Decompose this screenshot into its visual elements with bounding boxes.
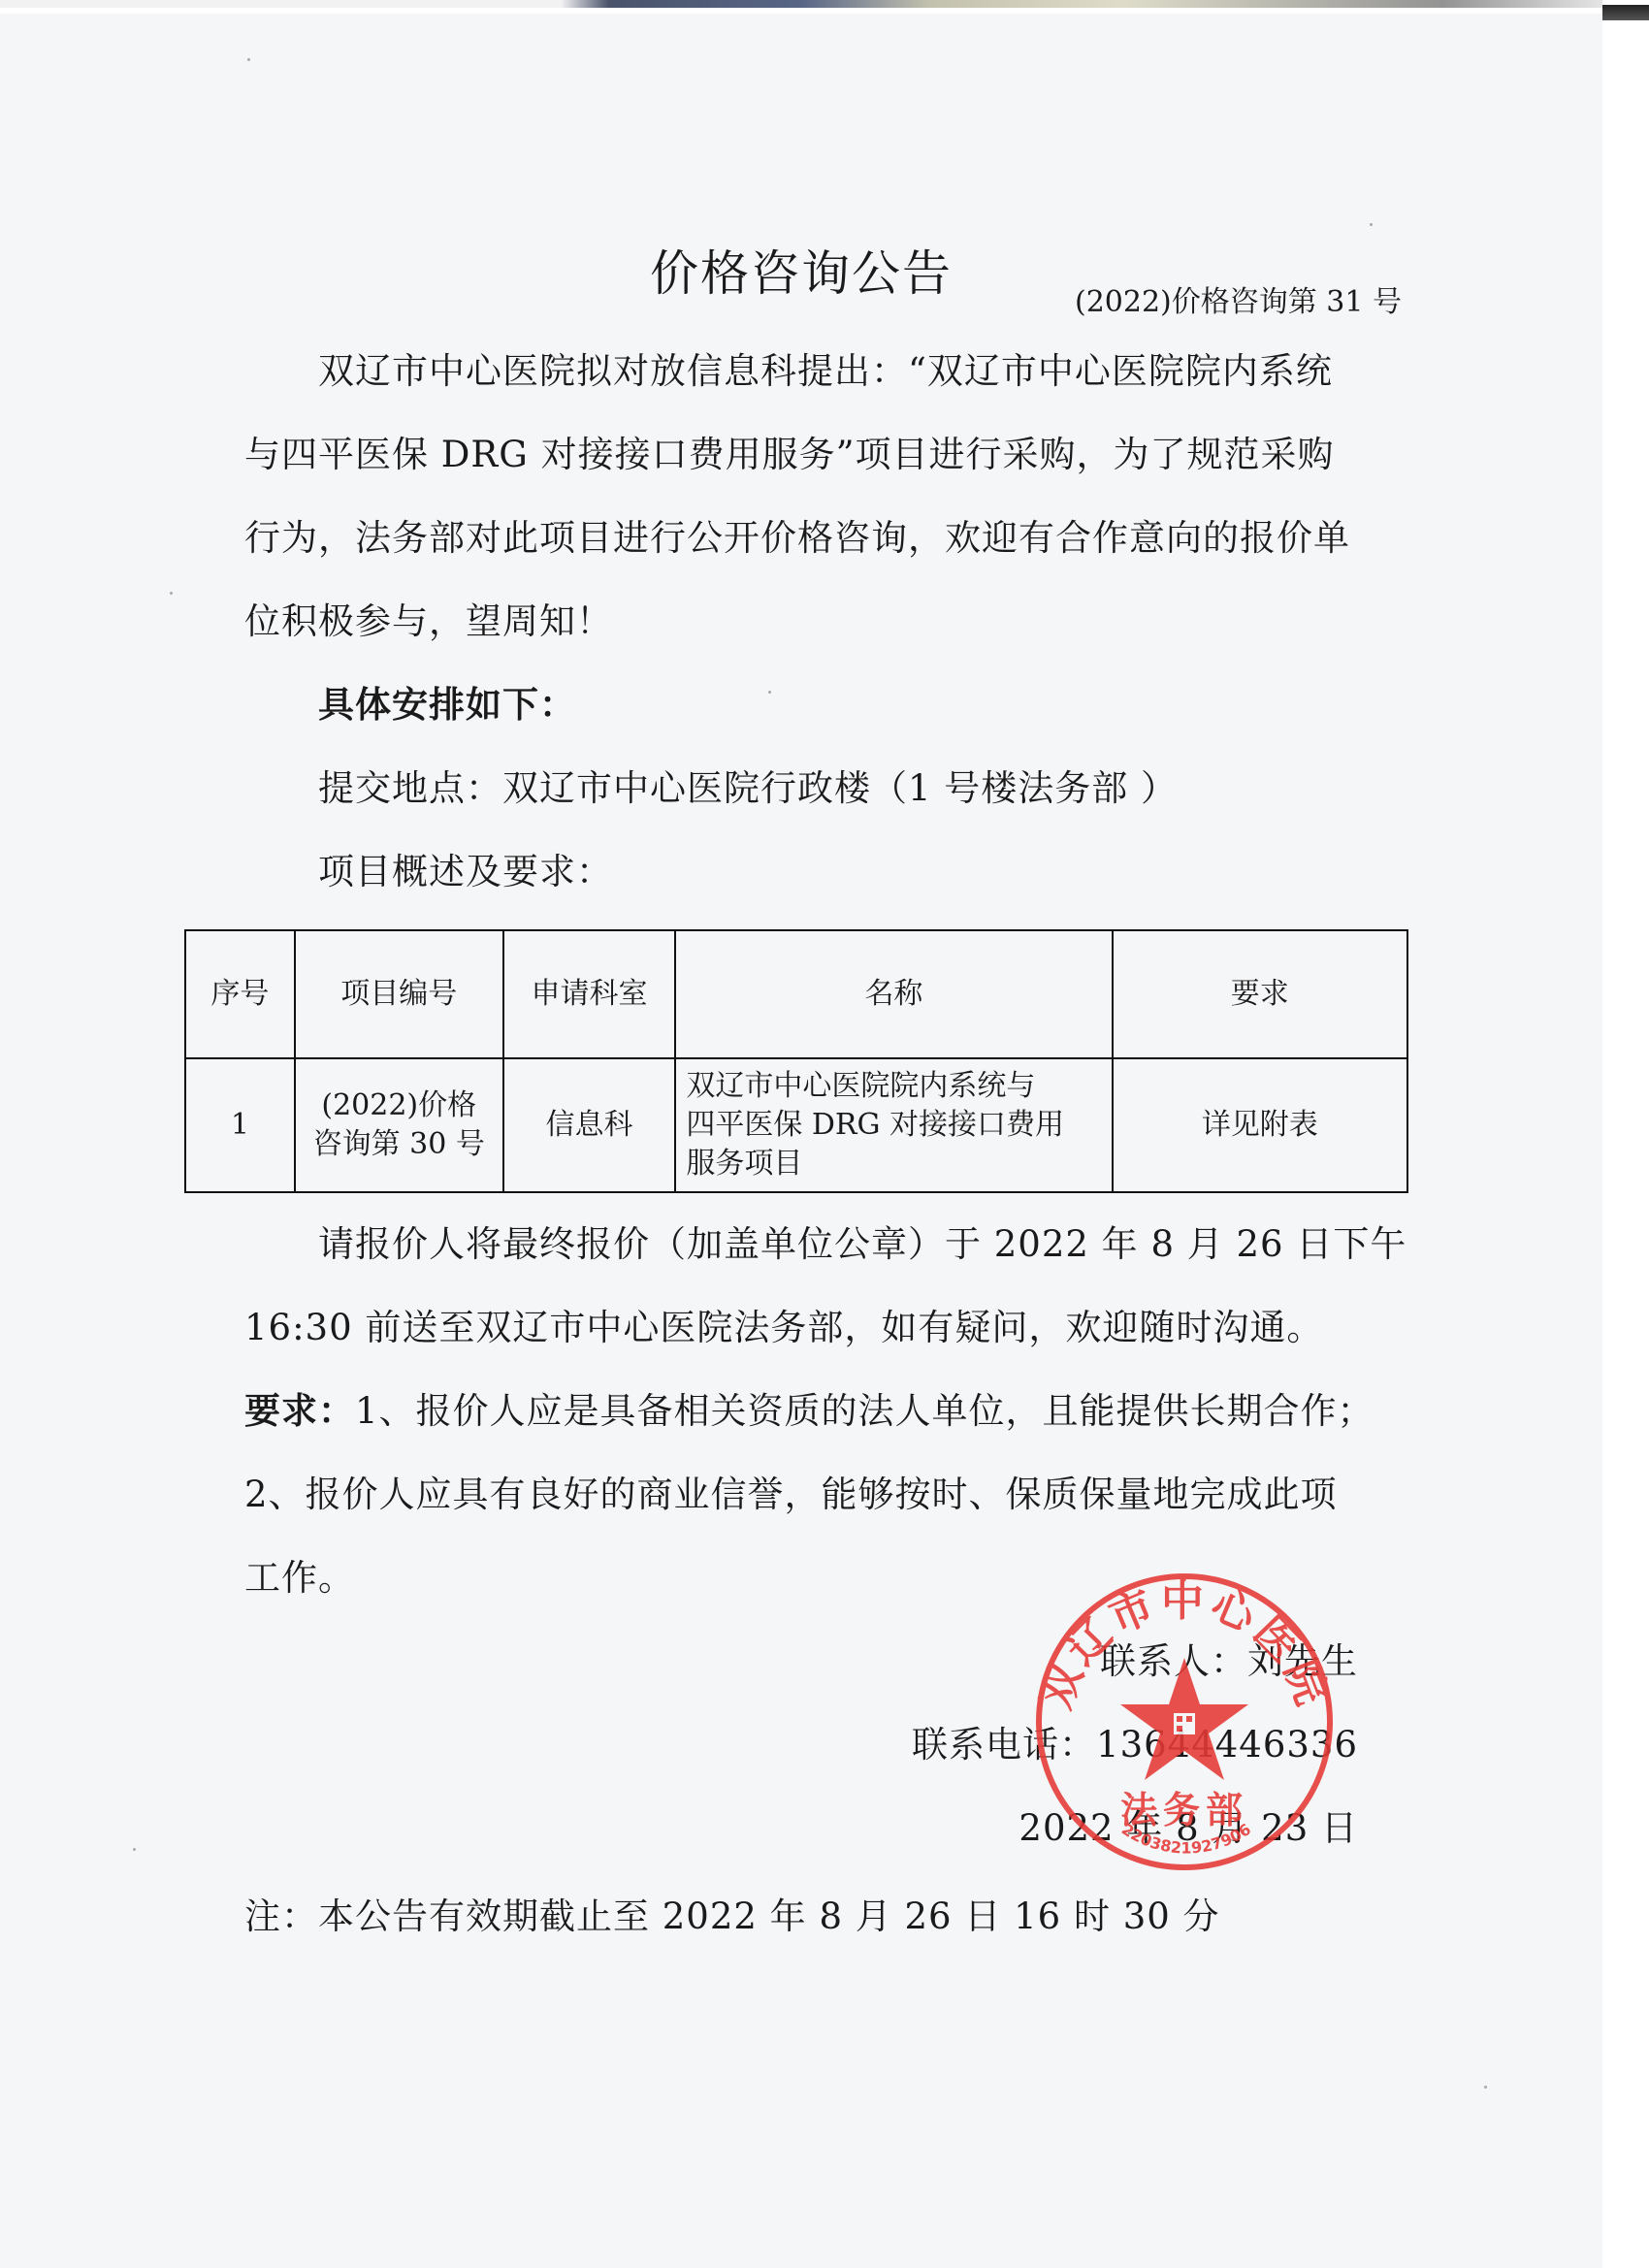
project-table: 序号 项目编号 申请科室 名称 要求 1 (2022)价格 咨询第 30 号 信… [184, 929, 1408, 1193]
header-name: 名称 [675, 930, 1112, 1058]
cell-index: 1 [185, 1058, 295, 1192]
intro-line: 行为，法务部对此项目进行公开价格咨询，欢迎有合作意向的报价单 [244, 508, 1350, 561]
requirements-label: 要求： [244, 1389, 355, 1432]
deadline-line: 16:30 前送至双辽市中心医院法务部，如有疑问，欢迎随时沟通。 [244, 1298, 1323, 1350]
intro-line: 与四平医保 DRG 对接接口费用服务”项目进行采购，为了规范采购 [244, 425, 1335, 477]
scan-corner-artifact [1602, 5, 1649, 20]
table-row: 1 (2022)价格 咨询第 30 号 信息科 双辽市中心医院院内系统与 四平医… [185, 1058, 1407, 1192]
project-overview-heading: 项目概述及要求： [318, 842, 613, 894]
scan-speck [133, 1848, 136, 1851]
name-line: 四平医保 DRG 对接接口费用 [686, 1106, 1101, 1145]
project-no-line: (2022)价格 [306, 1086, 493, 1125]
header-project-no: 项目编号 [295, 930, 503, 1058]
scan-speck [170, 592, 173, 595]
requirements-line-1: 要求：1、报价人应是具备相关资质的法人单位，且能提供长期合作； [244, 1381, 1374, 1434]
document-number: (2022)价格咨询第 31 号 [1075, 277, 1402, 320]
contact-phone: 联系电话：13644446336 [912, 1715, 1358, 1767]
arrangement-heading: 具体安排如下： [318, 675, 576, 728]
validity-note: 注：本公告有效期截止至 2022 年 8 月 26 日 16 时 30 分 [244, 1887, 1220, 1939]
requirement-item: 2、报价人应具有良好的商业信誉，能够按时、保质保量地完成此项 [244, 1465, 1338, 1517]
submission-location: 提交地点：双辽市中心医院行政楼（1 号楼法务部 ） [318, 759, 1178, 811]
header-index: 序号 [185, 930, 295, 1058]
scan-edge-artifact [0, 0, 1602, 8]
intro-line: 双辽市中心医院拟对放信息科提出：“双辽市中心医院院内系统 [318, 341, 1333, 394]
scan-speck [768, 691, 771, 694]
scan-speck [1370, 223, 1373, 226]
cell-project-no: (2022)价格 咨询第 30 号 [295, 1058, 503, 1192]
header-requirement: 要求 [1113, 930, 1407, 1058]
table-header-row: 序号 项目编号 申请科室 名称 要求 [185, 930, 1407, 1058]
cell-name: 双辽市中心医院院内系统与 四平医保 DRG 对接接口费用 服务项目 [675, 1058, 1112, 1192]
signature-date: 2022 年 8 月 23 日 [1018, 1798, 1358, 1851]
requirement-item: 工作。 [244, 1548, 355, 1601]
deadline-line: 请报价人将最终报价（加盖单位公章）于 2022 年 8 月 26 日下午 [318, 1215, 1406, 1267]
name-line: 双辽市中心医院院内系统与 [686, 1067, 1101, 1106]
requirement-item: 1、报价人应是具备相关资质的法人单位，且能提供长期合作； [355, 1390, 1374, 1432]
cell-requirement: 详见附表 [1113, 1058, 1407, 1192]
scan-speck [1484, 2086, 1487, 2089]
contact-person: 联系人：刘先生 [1100, 1632, 1358, 1684]
name-line: 服务项目 [686, 1145, 1101, 1183]
intro-line: 位积极参与，望周知！ [244, 592, 613, 644]
cell-department: 信息科 [503, 1058, 676, 1192]
header-department: 申请科室 [503, 930, 676, 1058]
project-no-line: 咨询第 30 号 [306, 1125, 493, 1164]
scan-speck [247, 58, 250, 61]
